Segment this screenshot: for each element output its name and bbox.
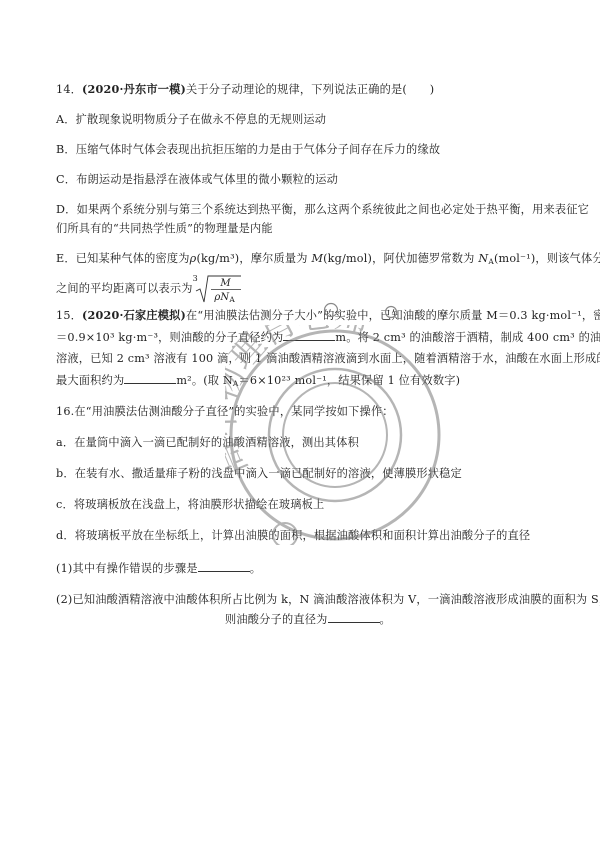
- q14-option-c: C．布朗运动是指悬浮在液体或气体里的微小颗粒的运动: [56, 173, 338, 187]
- q16-stem: 16.在“用油膜法估测油酸分子直径”的实验中，某同学按如下操作：: [56, 405, 394, 419]
- q16-step-d: d．将玻璃板平放在坐标纸上，计算出油膜的面积，根据油酸体积和面积计算出油酸分子的…: [56, 529, 530, 543]
- q16-step-c: c．将玻璃板放在浅盘上，将油膜形状描绘在玻璃板上: [56, 498, 324, 512]
- answer-blank-diameter[interactable]: [283, 330, 335, 341]
- q14-option-a: A．扩散现象说明物质分子在做永不停息的无规则运动: [56, 113, 326, 127]
- q14-option-e: E．已知某种气体的密度为ρ(kg/m³)，摩尔质量为 M(kg/mol)，阿伏加…: [56, 252, 600, 269]
- cube-root-formula: 3 M ρNA: [193, 274, 243, 304]
- q16-part-1: (1)其中有操作错误的步骤是。: [56, 561, 261, 576]
- q16-part-2: (2)已知油酸酒精溶液中油酸体积所占比例为 k，N 滴油酸溶液体积为 V，一滴油…: [56, 593, 600, 607]
- q16-step-a: a．在量筒中滴入一滴已配制好的油酸酒精溶液，测出其体积: [56, 436, 359, 450]
- q16-part-2-cont: 则油酸分子的直径为。: [225, 612, 391, 627]
- q14-stem: 14．(2020·丹东市一模)关于分子动理论的规律，下列说法正确的是( ): [56, 82, 434, 97]
- q14-option-b: B．压缩气体时气体会表现出抗拒压缩的力是由于气体分子间存在斥力的缘故: [56, 143, 440, 157]
- stamp-small-circle-icon: [384, 305, 398, 319]
- q14-option-d: D．如果两个系统分别与第三个系统达到热平衡，那么这两个系统彼此之间也必定处于热平…: [56, 203, 589, 217]
- answer-blank-wrong-step[interactable]: [198, 561, 250, 572]
- q14-option-d-cont: 们所具有的“共同热学性质”的物理量是内能: [56, 222, 273, 236]
- q15-line-2: ＝0.9×10³ kg·m⁻³，则油酸的分子直径约为m。将 2 cm³ 的油酸溶…: [56, 330, 600, 345]
- answer-blank-area[interactable]: [124, 373, 176, 384]
- q15-line-3: 溶液，已知 2 cm³ 溶液有 100 滴，则 1 滴油酸酒精溶液滴到水面上，随…: [56, 352, 600, 366]
- q14-option-e-cont: 之间的平均距离可以表示为 3 M ρNA: [56, 274, 243, 304]
- svg-text:高中物理肖老师: 高中物理肖老师: [225, 325, 373, 482]
- exam-page: 14．(2020·丹东市一模)关于分子动理论的规律，下列说法正确的是( ) A．…: [0, 0, 600, 848]
- q15-line-4: 最大面积约为m²。(取 NA＝6×10²³ mol⁻¹，结果保留 1 位有效数字…: [56, 373, 460, 391]
- stamp-small-circle-icon: [323, 302, 339, 318]
- answer-blank-diameter-formula[interactable]: [328, 612, 380, 623]
- watermark-text: 高中物理肖老师: [225, 325, 373, 482]
- q16-step-b: b．在装有水、撒适量痱子粉的浅盘中滴入一滴已配制好的溶液，使薄膜形状稳定: [56, 467, 462, 481]
